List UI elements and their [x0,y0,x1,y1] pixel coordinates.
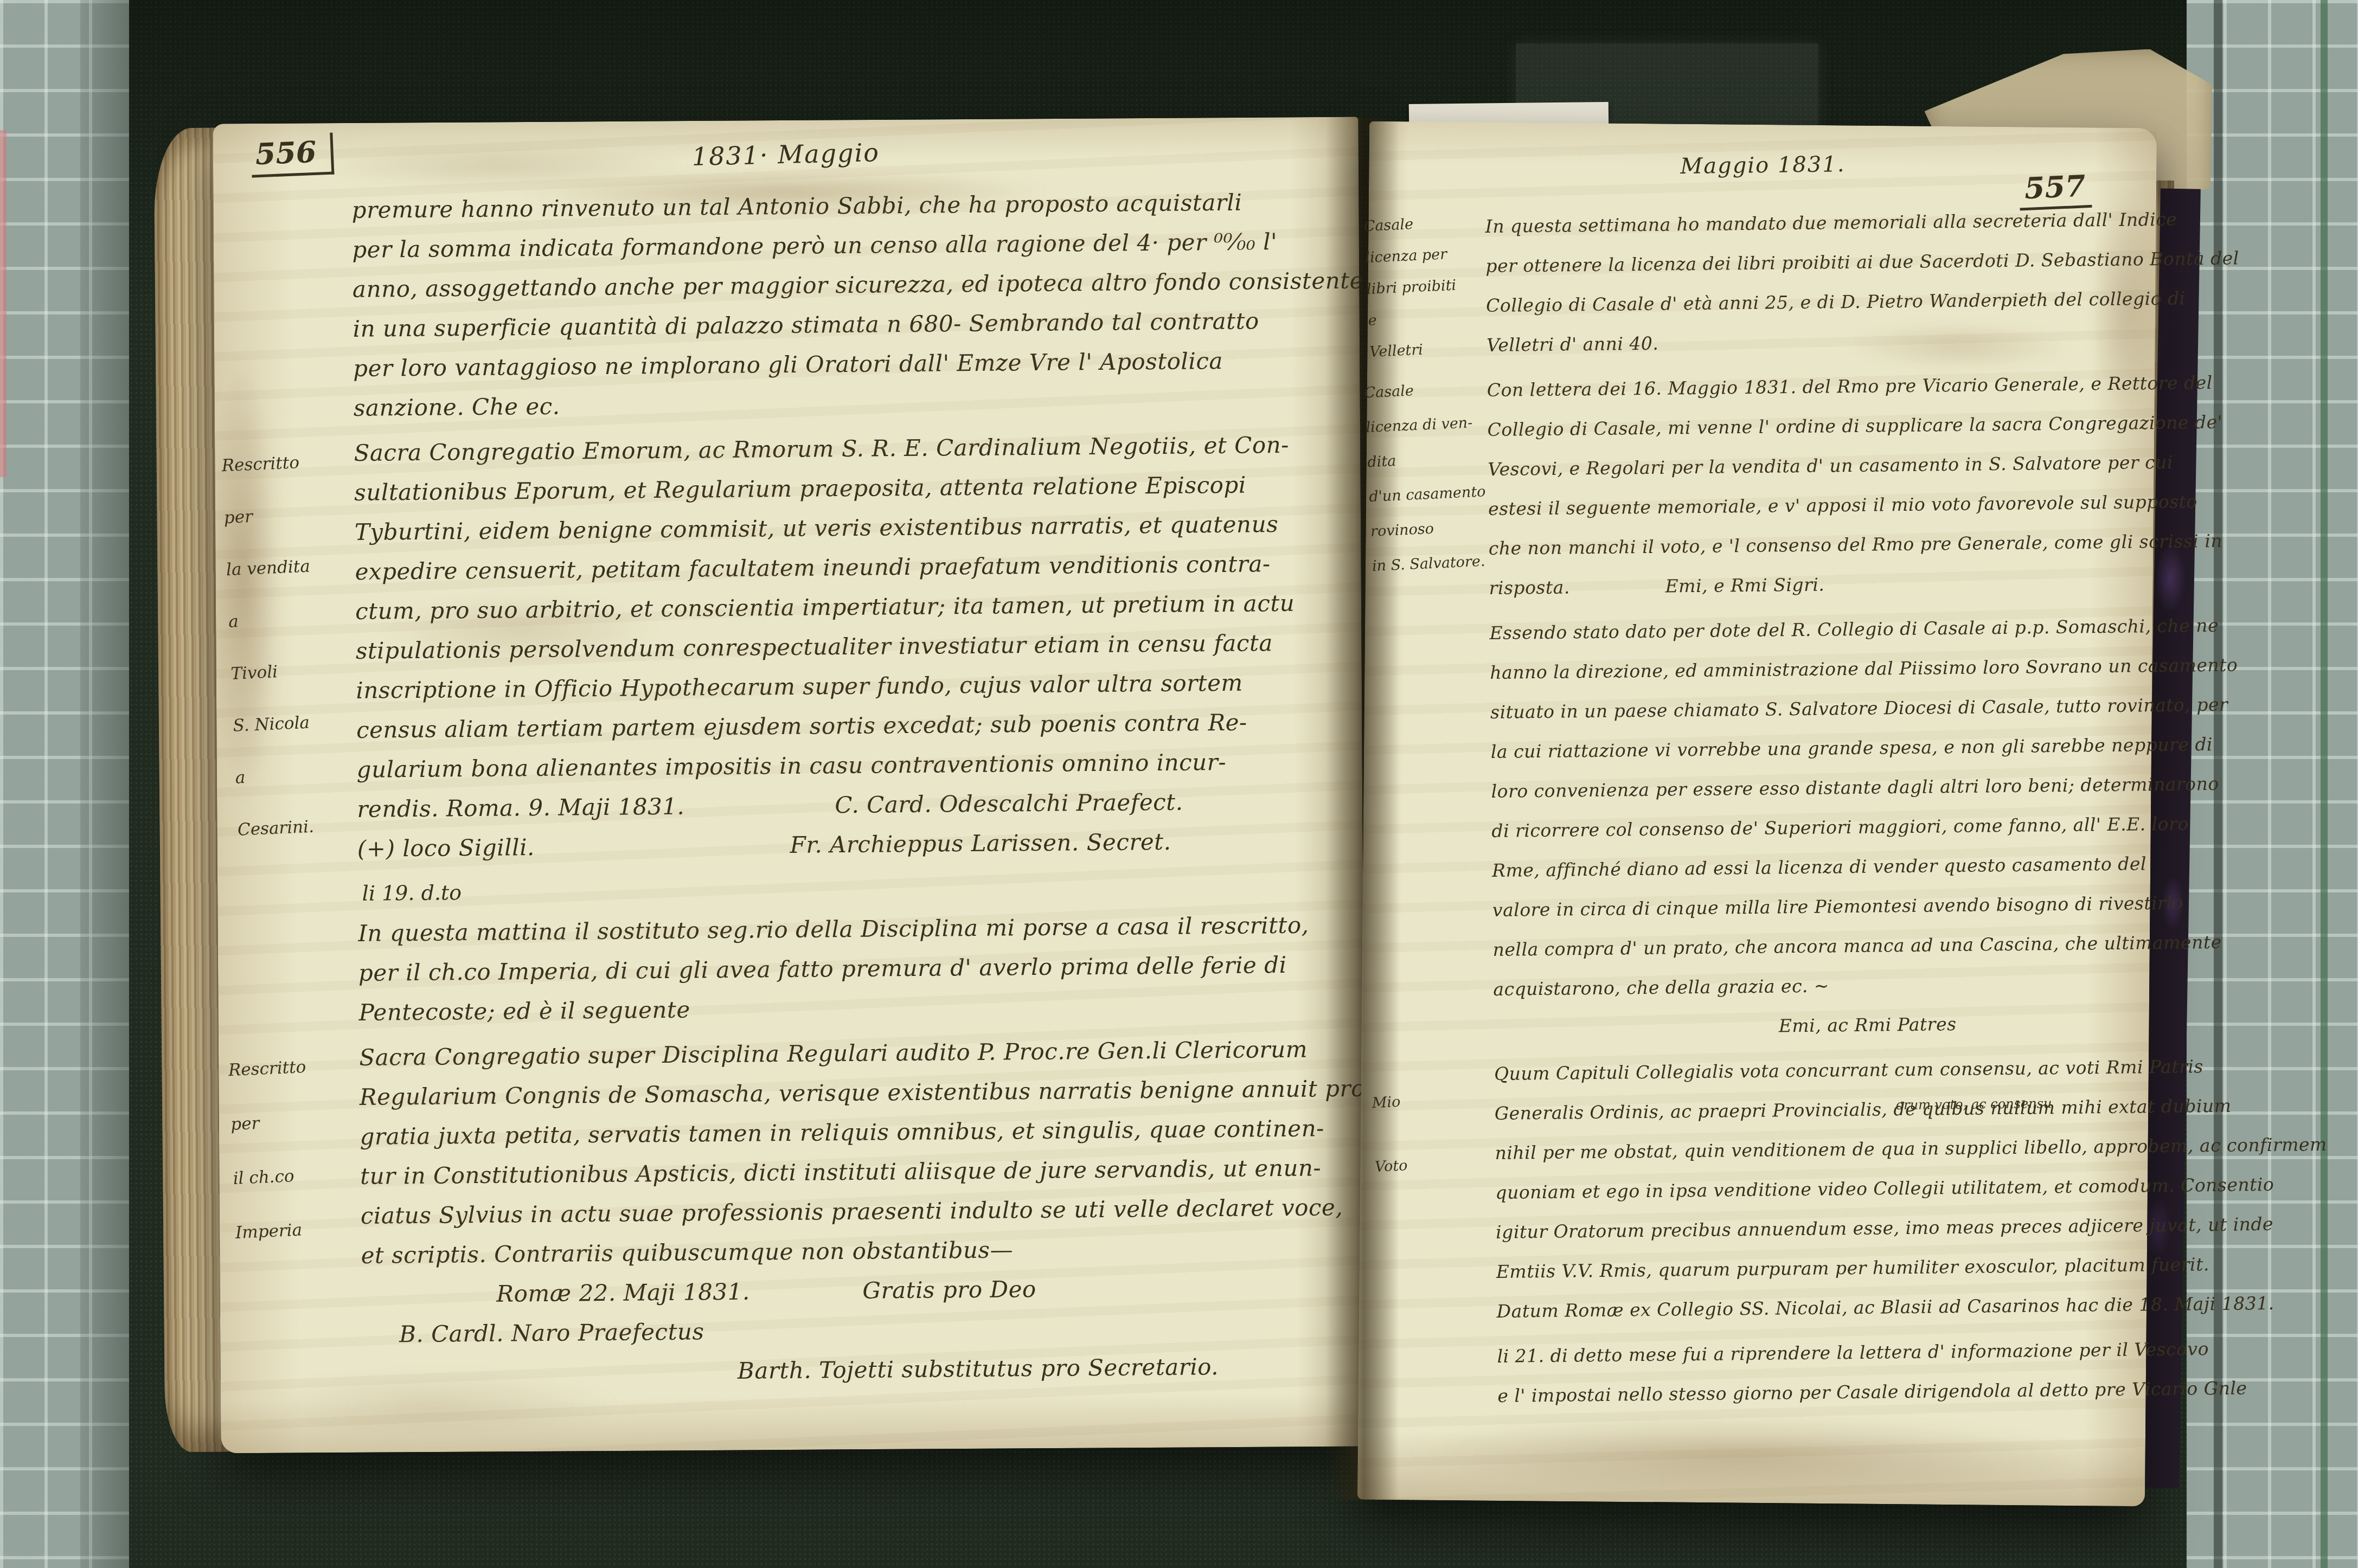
margin-note-line: libri proibiti [1366,268,1486,305]
mat-shadow [80,0,131,1568]
margin-note-line: Mio [1370,1066,1492,1135]
margin-note-line: licenza di ven- [1365,405,1486,445]
margin-note-line: e [1367,300,1488,337]
margin-note-line: Rescritto [221,434,349,492]
right-page-content: Casale licenza per libri proibiti e Vell… [1366,200,2138,1423]
left-page-content: premure hanno rinvenuto un tal Antonio S… [226,182,1336,1400]
mat-edge-pink-strip [0,130,7,477]
text-line: Pentecoste; ed è il seguente [358,984,1333,1032]
section: li 21. di detto mese fui a riprendere la… [1377,1330,2138,1417]
section: Casale licenza per libri proibiti e Vell… [1366,200,2128,367]
margin-note-line: Casale [1363,205,1483,242]
margin-note: Rescritto per la vendita a Tivoli S. Nic… [220,431,365,871]
right-page: 557 Maggio 1831. Casale licenza per libr… [1357,121,2157,1507]
section: Essendo stato dato per dote del R. Colle… [1370,607,2135,1050]
margin-note-line: S. Nicola [232,695,360,752]
margin-note-line: Casale [1363,370,1484,410]
text-line: Vescovi, e Regolari per la vendita d' un… [1488,442,2223,489]
margin-note-line: dita [1367,440,1488,480]
margin-note: Casale licenza per libri proibiti e Vell… [1363,204,1489,368]
text-line: estesi il seguente memoriale, e v' appos… [1488,481,2224,529]
section: Mio Voto orum voto, ac consensu Quum Cap… [1375,1048,2138,1333]
margin-note-line: d'un casamento [1368,474,1489,515]
margin-note-line: a [234,747,362,804]
section: premure hanno rinvenuto un tal Antonio S… [226,182,1328,429]
margin-note-line: in S. Salvatore. [1372,544,1492,584]
margin-note-line: Velletri [1369,331,1489,368]
margin-note-line: Voto [1373,1130,1495,1199]
section: Rescritto per la vendita a Tivoli S. Nic… [228,425,1331,870]
margin-note-line: rovinoso [1370,509,1491,549]
text-line: nella compra d' un prato, che ancora man… [1492,922,2241,969]
interline-note: orum voto, ac consensu [1896,1096,2052,1113]
text-line: sanzione. Che ec. [354,380,1365,428]
margin-note-line: Rescritto [227,1038,355,1097]
margin-note-line: a [227,590,355,648]
margin-note-line: la vendita [225,538,353,596]
margin-column [229,872,362,1036]
text-line: Velletri d' anni 40. [1486,317,2240,365]
section: Casale licenza di ven- dita d'un casamen… [1368,364,2131,609]
margin-note-line: Cesarini. [236,799,364,856]
margin-note-line: per [229,1092,357,1152]
margin-note-line: per [223,486,351,544]
margin-note-line: licenza per [1364,237,1485,274]
text-line: Collegio di Casale d' età anni 25, e di … [1486,278,2240,325]
text-line: Barth. Tojetti substitutus pro Secretari… [362,1346,1368,1394]
margin-note: Rescritto per il ch.co Imperia [227,1036,368,1397]
margin-note-line: Tivoli [229,642,357,700]
text-line: (+) loco Sigilli. Fr. Archieppus Larisse… [357,820,1332,869]
margin-column [1362,612,1501,1052]
page-header-left: 1831· Maggio [213,126,1359,183]
margin-column [222,188,358,431]
section: li 19. d.to In questa mattina il sostitu… [232,865,1332,1033]
left-page: 556 1831· Maggio premure hanno rinvenuto… [213,117,1367,1454]
margin-note-line: il ch.co [232,1146,360,1206]
centered-heading: Emi, ac Rmi Patres [1494,1001,2242,1048]
text-line: che non manchi il voto, e 'l consenso de… [1489,521,2224,568]
margin-column [1376,1334,1499,1419]
manuscript-scan: { "colors": { "paper": "#e9e5c8", "ink":… [0,0,2358,1568]
margin-note-line: Imperia [234,1200,362,1260]
margin-note: Casale licenza di ven- dita d'un casamen… [1363,368,1494,611]
text-line: Collegio di Casale, mi venne l' ordine d… [1487,402,2222,449]
stain [1390,1412,2101,1499]
glass-edge-line [2321,0,2328,1568]
text-line: e l' impostai nello stesso giorno per Ca… [1497,1368,2247,1415]
margin-note: Mio Voto [1370,1052,1502,1334]
text-line: Con lettera dei 16. Maggio 1831. del Rmo… [1487,363,2222,410]
text-line: risposta. Emi, e Rmi Sigri. [1489,561,2224,608]
section: Rescritto per il ch.co Imperia Sacra Con… [233,1029,1336,1395]
